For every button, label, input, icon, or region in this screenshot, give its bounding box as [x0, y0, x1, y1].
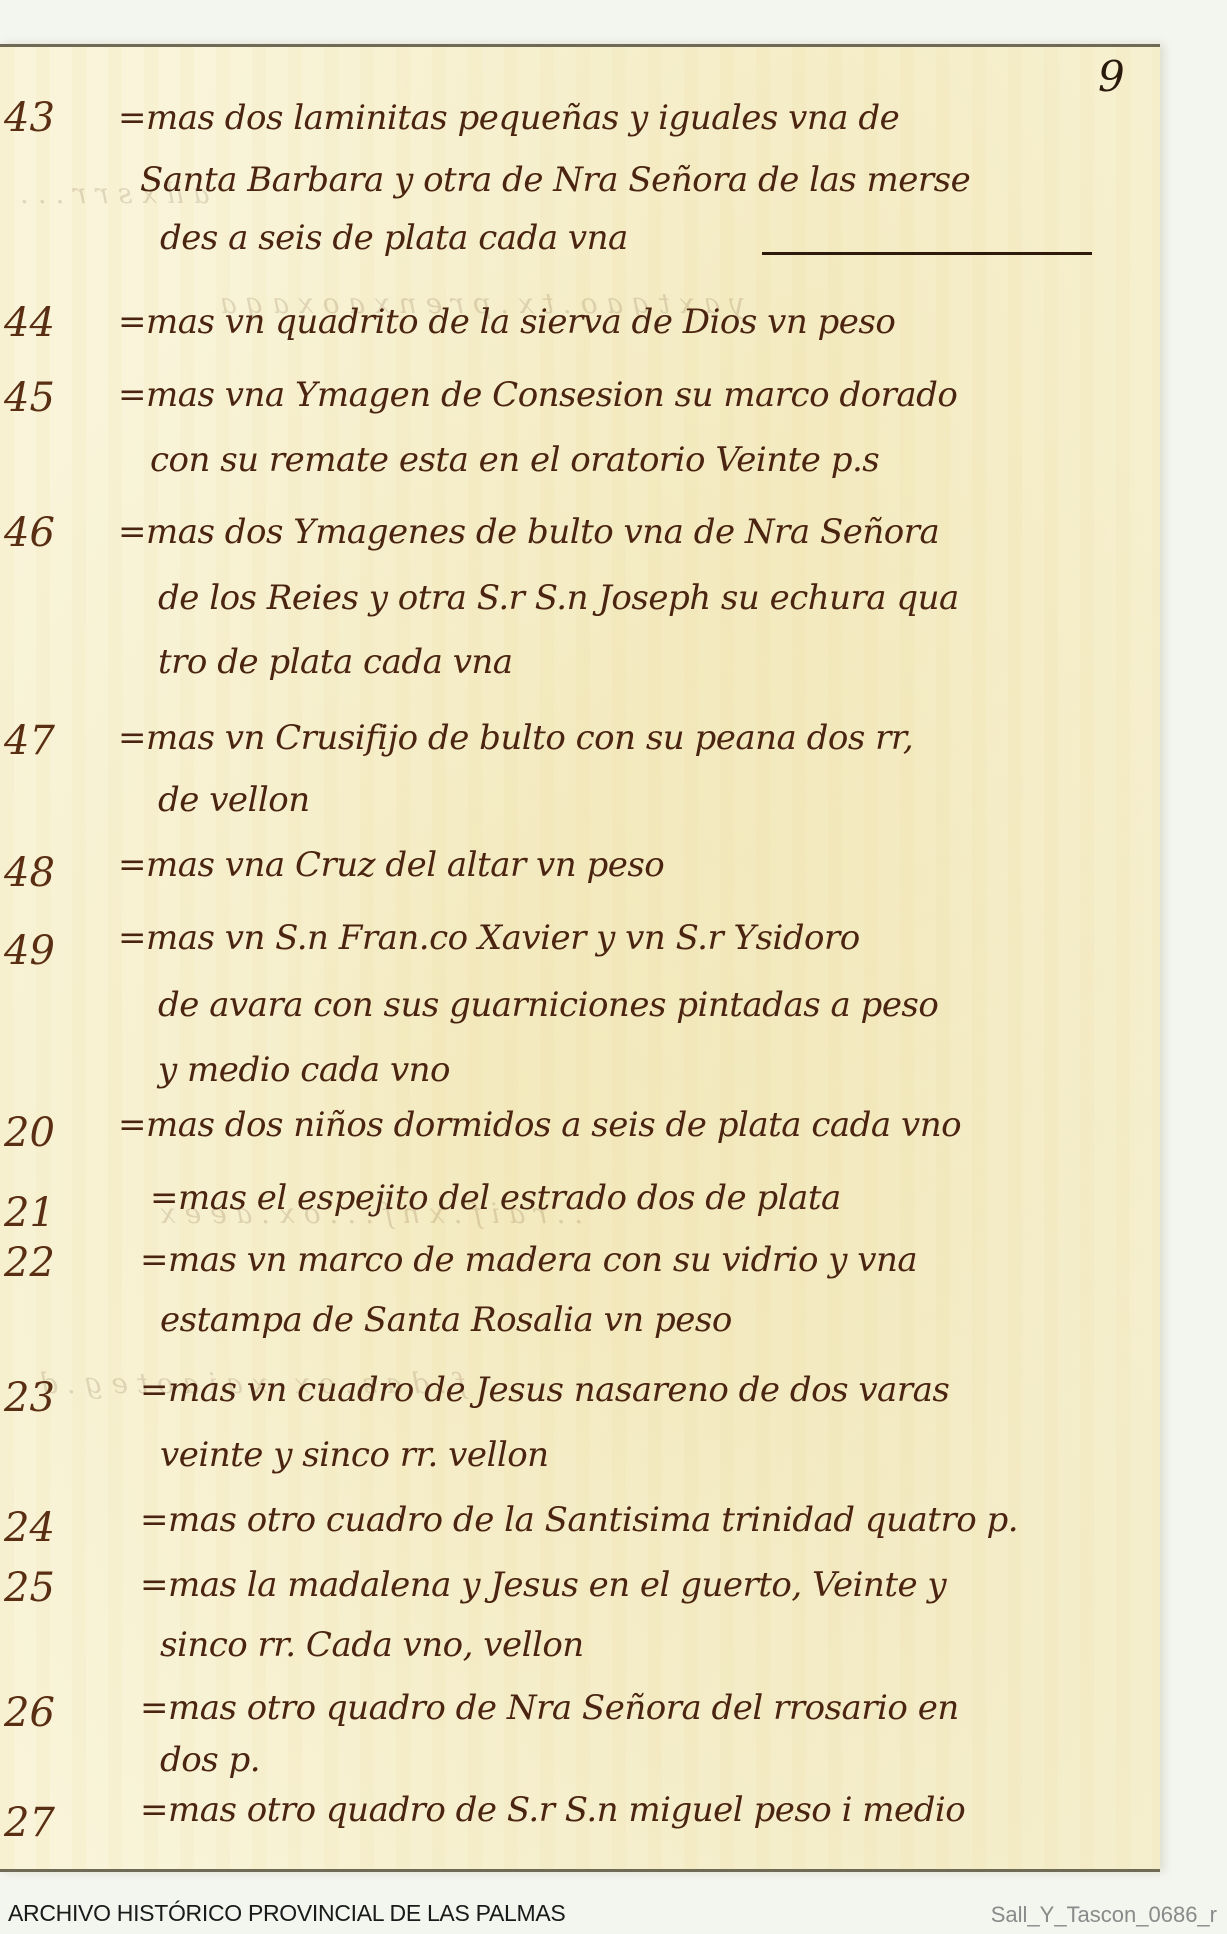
line-filler-rule: [762, 252, 1092, 255]
entry-line: =mas dos Ymagenes de bulto vna de Nra Se…: [118, 512, 939, 552]
entry-number: 20: [4, 1110, 55, 1156]
entry-line: =mas vna Ymagen de Consesion su marco do…: [118, 375, 957, 415]
entry-number: 44: [4, 300, 55, 346]
entry-number: 26: [4, 1690, 55, 1736]
entry-line: =mas vn quadrito de la sierva de Dios vn…: [118, 302, 895, 342]
entry-number: 47: [4, 718, 55, 764]
entry-line: =mas la madalena y Jesus en el guerto, V…: [140, 1565, 946, 1605]
entry-number: 21: [4, 1190, 55, 1236]
entry-line: veinte y sinco rr. vellon: [160, 1435, 549, 1475]
entry-number: 22: [4, 1240, 55, 1286]
entry-line: Santa Barbara y otra de Nra Señora de la…: [140, 160, 970, 200]
entry-line: =mas otro cuadro de la Santisima trinida…: [140, 1500, 1018, 1540]
entry-line: estampa de Santa Rosalia vn peso: [160, 1300, 732, 1340]
entry-number: 45: [4, 375, 55, 421]
entry-line: =mas vn marco de madera con su vidrio y …: [140, 1240, 917, 1280]
entry-line: tro de plata cada vna: [158, 642, 513, 682]
entry-line: =mas el espejito del estrado dos de plat…: [150, 1178, 841, 1218]
entry-line: =mas vn S.n Fran.co Xavier y vn S.r Ysid…: [118, 918, 860, 958]
entry-line: y medio cada vno: [158, 1050, 450, 1090]
image-code-caption: Sall_Y_Tascon_0686_r: [991, 1902, 1217, 1928]
entry-number: 43: [4, 95, 55, 141]
entry-number: 49: [4, 928, 55, 974]
entry-line: des a seis de plata cada vna: [160, 218, 628, 258]
entry-line: =mas dos laminitas pequeñas y iguales vn…: [118, 98, 899, 138]
entry-line: de avara con sus guarniciones pintadas a…: [158, 985, 938, 1025]
entry-number: 24: [4, 1505, 55, 1551]
entry-number: 23: [4, 1375, 55, 1421]
folio-number: 9: [1098, 52, 1125, 101]
entry-line: de los Reies y otra S.r S.n Joseph su ec…: [158, 578, 959, 618]
entry-line: de vellon: [158, 780, 310, 820]
entry-line: =mas otro quadro de S.r S.n miguel peso …: [140, 1790, 965, 1830]
entry-line: =mas otro quadro de Nra Señora del rrosa…: [140, 1688, 959, 1728]
entry-line: =mas vn Crusifijo de bulto con su peana …: [118, 718, 913, 758]
entry-line: dos p.: [160, 1740, 260, 1780]
entry-number: 48: [4, 850, 55, 896]
entry-line: =mas vn cuadro de Jesus nasareno de dos …: [140, 1370, 949, 1410]
entry-line: sinco rr. Cada vno, vellon: [160, 1625, 584, 1665]
entry-number: 25: [4, 1565, 55, 1611]
entry-line: =mas vna Cruz del altar vn peso: [118, 845, 664, 885]
entry-line: con su remate esta en el oratorio Veinte…: [150, 440, 879, 480]
archive-caption: ARCHIVO HISTÓRICO PROVINCIAL DE LAS PALM…: [8, 1900, 565, 1927]
entry-number: 46: [4, 510, 55, 556]
entry-number: 27: [4, 1800, 55, 1846]
entry-line: =mas dos niños dormidos a seis de plata …: [118, 1105, 961, 1145]
